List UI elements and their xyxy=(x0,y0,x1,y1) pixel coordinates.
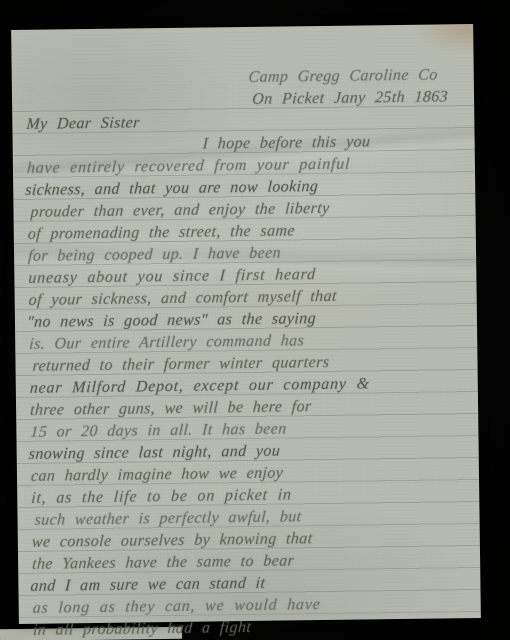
letter-line: in all probability had a fight xyxy=(32,614,467,640)
letter-page: Camp Gregg Caroline Co On Picket Jany 25… xyxy=(11,24,481,624)
scanned-letter-stage: Camp Gregg Caroline Co On Picket Jany 25… xyxy=(0,0,510,640)
letter-text: Camp Gregg Caroline Co On Picket Jany 25… xyxy=(26,64,467,640)
